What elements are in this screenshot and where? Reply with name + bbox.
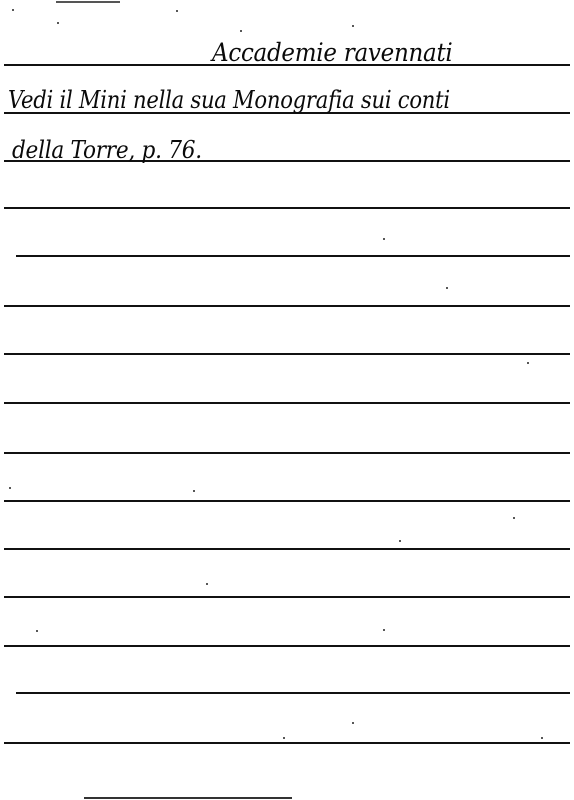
ruled-line (4, 305, 570, 307)
ruled-line (4, 452, 570, 454)
ruled-line (4, 500, 570, 502)
ruled-line (4, 353, 570, 355)
text-line-1: Vedi il Mini nella sua Monografia sui co… (8, 86, 450, 114)
speck (36, 630, 38, 632)
speck (527, 362, 529, 364)
top-edge-mark (56, 1, 120, 3)
speck (352, 722, 354, 724)
speck (283, 737, 285, 739)
index-card: Accademie ravennati Vedi il Mini nella s… (0, 0, 574, 800)
ruled-line (4, 596, 570, 598)
ruled-line (4, 645, 570, 647)
speck (193, 490, 195, 492)
ruled-line (16, 255, 570, 257)
bottom-edge-mark (84, 797, 292, 799)
speck (513, 517, 515, 519)
speck (383, 629, 385, 631)
speck (352, 25, 354, 27)
ruled-line (16, 692, 570, 694)
speck (57, 22, 59, 24)
speck (176, 10, 178, 12)
ruled-line (4, 207, 570, 209)
ruled-line (4, 742, 570, 744)
text-line-2: della Torre, p. 76. (12, 136, 202, 164)
speck (383, 238, 385, 240)
speck (206, 583, 208, 585)
card-heading: Accademie ravennati (212, 38, 453, 67)
speck (12, 9, 14, 11)
speck (446, 287, 448, 289)
speck (541, 737, 543, 739)
speck (240, 30, 242, 32)
ruled-line (4, 548, 570, 550)
speck (9, 487, 11, 489)
ruled-line (4, 402, 570, 404)
speck (399, 540, 401, 542)
